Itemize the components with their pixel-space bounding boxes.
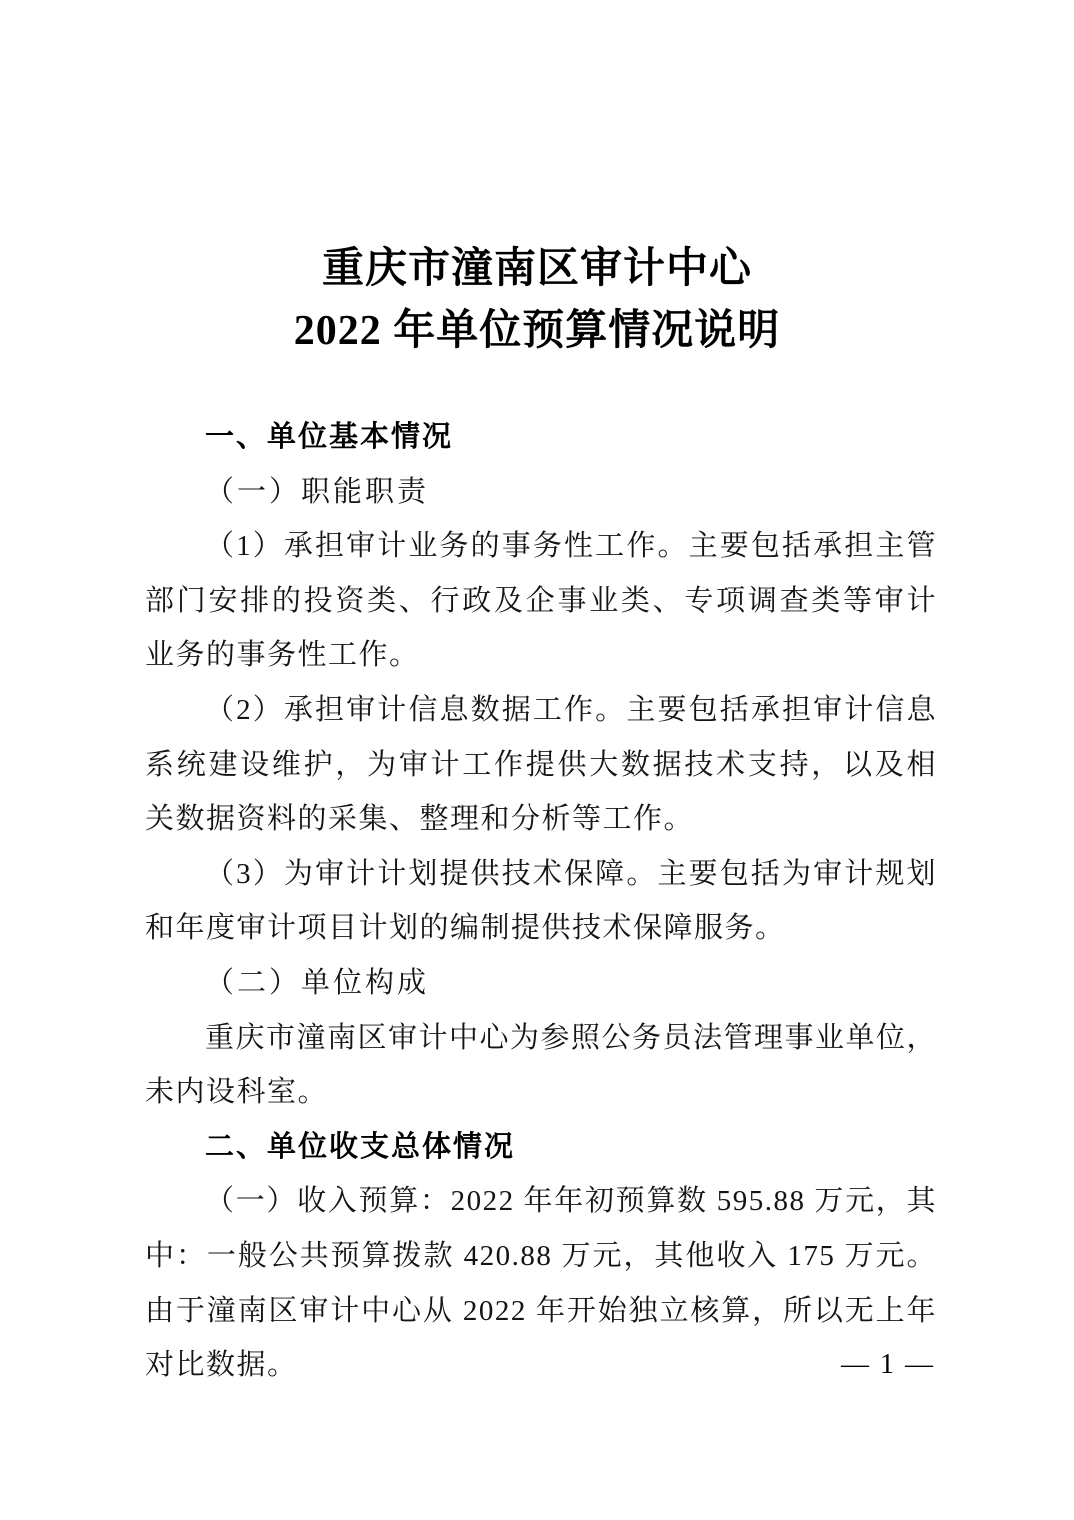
- section-heading-revenue-expenditure-overview: 二、单位收支总体情况: [145, 1120, 937, 1175]
- document-title-line2: 2022 年单位预算情况说明: [0, 300, 1074, 362]
- paragraph-unit-composition: 重庆市潼南区审计中心为参照公务员法管理事业单位，未内设科室。: [145, 1011, 937, 1120]
- page-number: — 1 —: [841, 1348, 935, 1382]
- subsection-heading-unit-composition: （二）单位构成: [145, 956, 937, 1011]
- document-page: 重庆市潼南区审计中心 2022 年单位预算情况说明 一、单位基本情况 （一）职能…: [0, 0, 1074, 1520]
- paragraph-duty-audit-information-data: （2）承担审计信息数据工作。主要包括承担审计信息系统建设维护，为审计工作提供大数…: [145, 683, 937, 847]
- document-title-line1: 重庆市潼南区审计中心: [0, 238, 1074, 300]
- section-heading-unit-basic-info: 一、单位基本情况: [145, 410, 937, 465]
- document-body: 一、单位基本情况 （一）职能职责 （1）承担审计业务的事务性工作。主要包括承担主…: [145, 410, 937, 1393]
- paragraph-duty-audit-business: （1）承担审计业务的事务性工作。主要包括承担主管部门安排的投资类、行政及企事业类…: [145, 519, 937, 683]
- subsection-heading-functions-duties: （一）职能职责: [145, 465, 937, 520]
- document-title: 重庆市潼南区审计中心 2022 年单位预算情况说明: [0, 238, 1074, 362]
- paragraph-duty-technical-support: （3）为审计计划提供技术保障。主要包括为审计规划和年度审计项目计划的编制提供技术…: [145, 847, 937, 956]
- paragraph-income-budget: （一）收入预算：2022 年年初预算数 595.88 万元，其中：一般公共预算拨…: [145, 1174, 937, 1392]
